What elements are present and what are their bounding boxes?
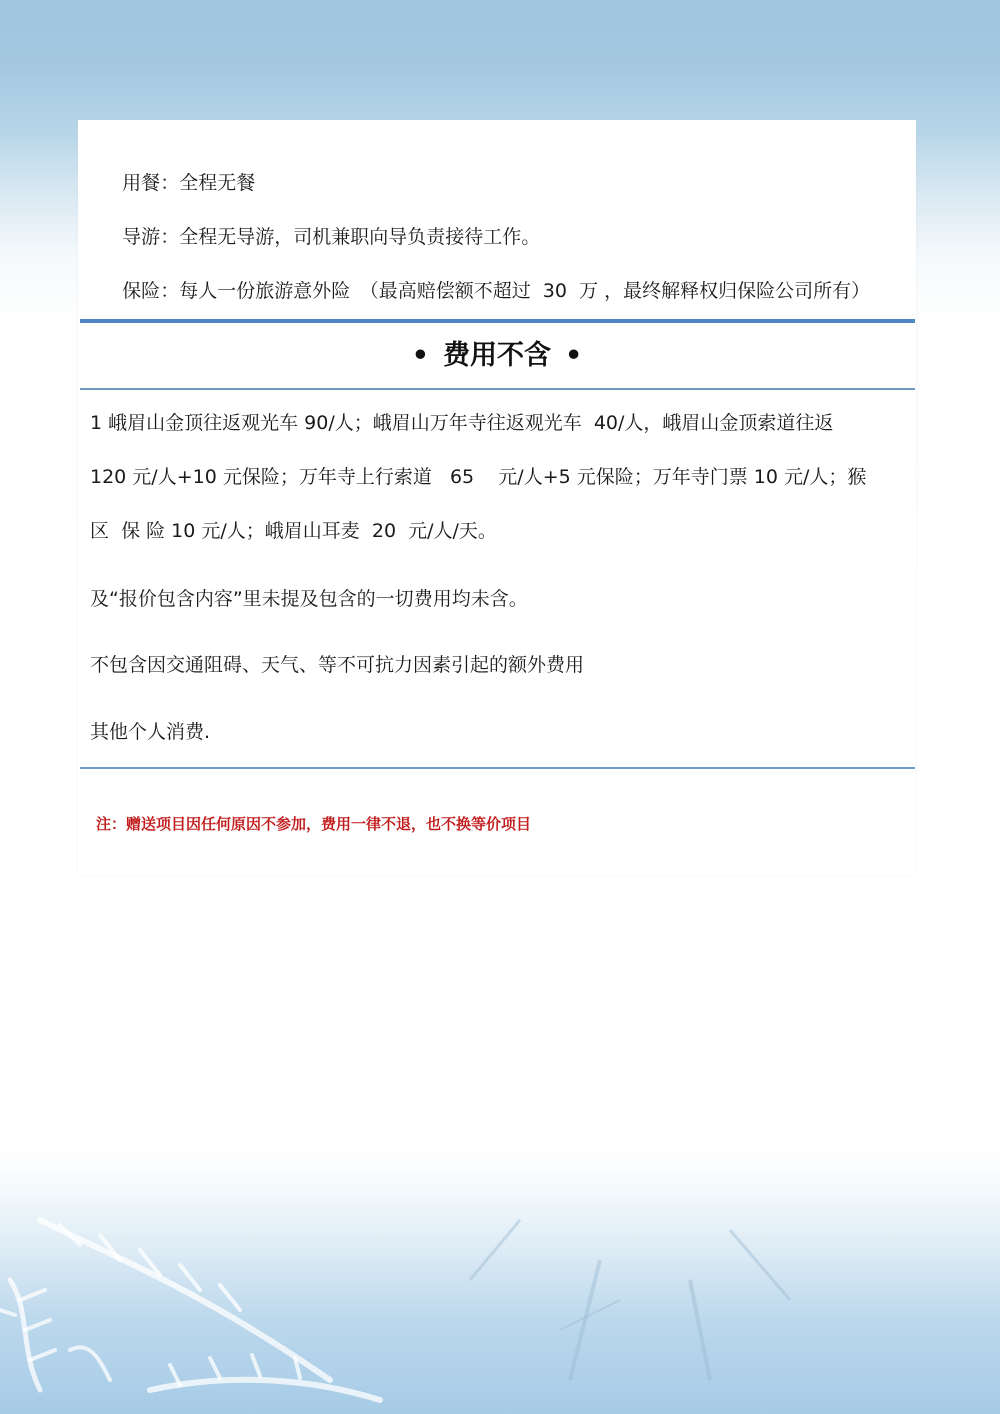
frost-background-decoration (0, 1150, 1000, 1414)
insurance-label: 保险 (122, 280, 160, 302)
bullet-left-icon: • (412, 338, 429, 374)
meal-separator: ： (160, 172, 179, 194)
meal-label: 用餐 (122, 172, 160, 194)
fee-line-1: 1 峨眉山金顶往返观光车 90/人；峨眉山万年寺往返观光车 40/人，峨眉山金顶… (90, 411, 833, 435)
fee-line-3: 区 保 险 10 元/人；峨眉山耳麦 20 元/人/天。 (90, 519, 497, 543)
insurance-separator: ： (160, 280, 179, 302)
section-divider-bottom (80, 388, 915, 390)
guide-value: 全程无导游，司机兼职向导负责接待工作。 (179, 226, 540, 248)
note-text: 注：赠送项目因任何原因不参加，费用一律不退，也不换等价项目 (96, 814, 531, 834)
section-heading: •费用不含• (78, 338, 916, 374)
insurance-info: 保险：每人一份旅游意外险 （最高赔偿额不超过 30 万 ，最终解释权归保险公司所… (98, 255, 870, 327)
bullet-right-icon: • (565, 338, 582, 374)
section-divider-top (80, 319, 915, 323)
fee-line-2: 120 元/人+10 元保险；万年寺上行索道 65 元/人+5 元保险；万年寺门… (90, 465, 866, 489)
excluded-item-unlisted: 及“报价包含内容”里未提及包含的一切费用均未含。 (90, 587, 528, 611)
section-title-text: 费用不含 (443, 340, 551, 371)
note-divider (80, 767, 915, 769)
excluded-item-force-majeure: 不包含因交通阻碍、天气、等不可抗力因素引起的额外费用 (90, 653, 584, 677)
content-card: 用餐：全程无餐 导游：全程无导游，司机兼职向导负责接待工作。 保险：每人一份旅游… (78, 120, 916, 876)
insurance-value: 每人一份旅游意外险 （最高赔偿额不超过 30 万 ，最终解释权归保险公司所有） (179, 280, 870, 302)
guide-label: 导游 (122, 226, 160, 248)
excluded-item-personal: 其他个人消费. (90, 720, 210, 744)
meal-value: 全程无餐 (179, 172, 255, 194)
guide-separator: ： (160, 226, 179, 248)
